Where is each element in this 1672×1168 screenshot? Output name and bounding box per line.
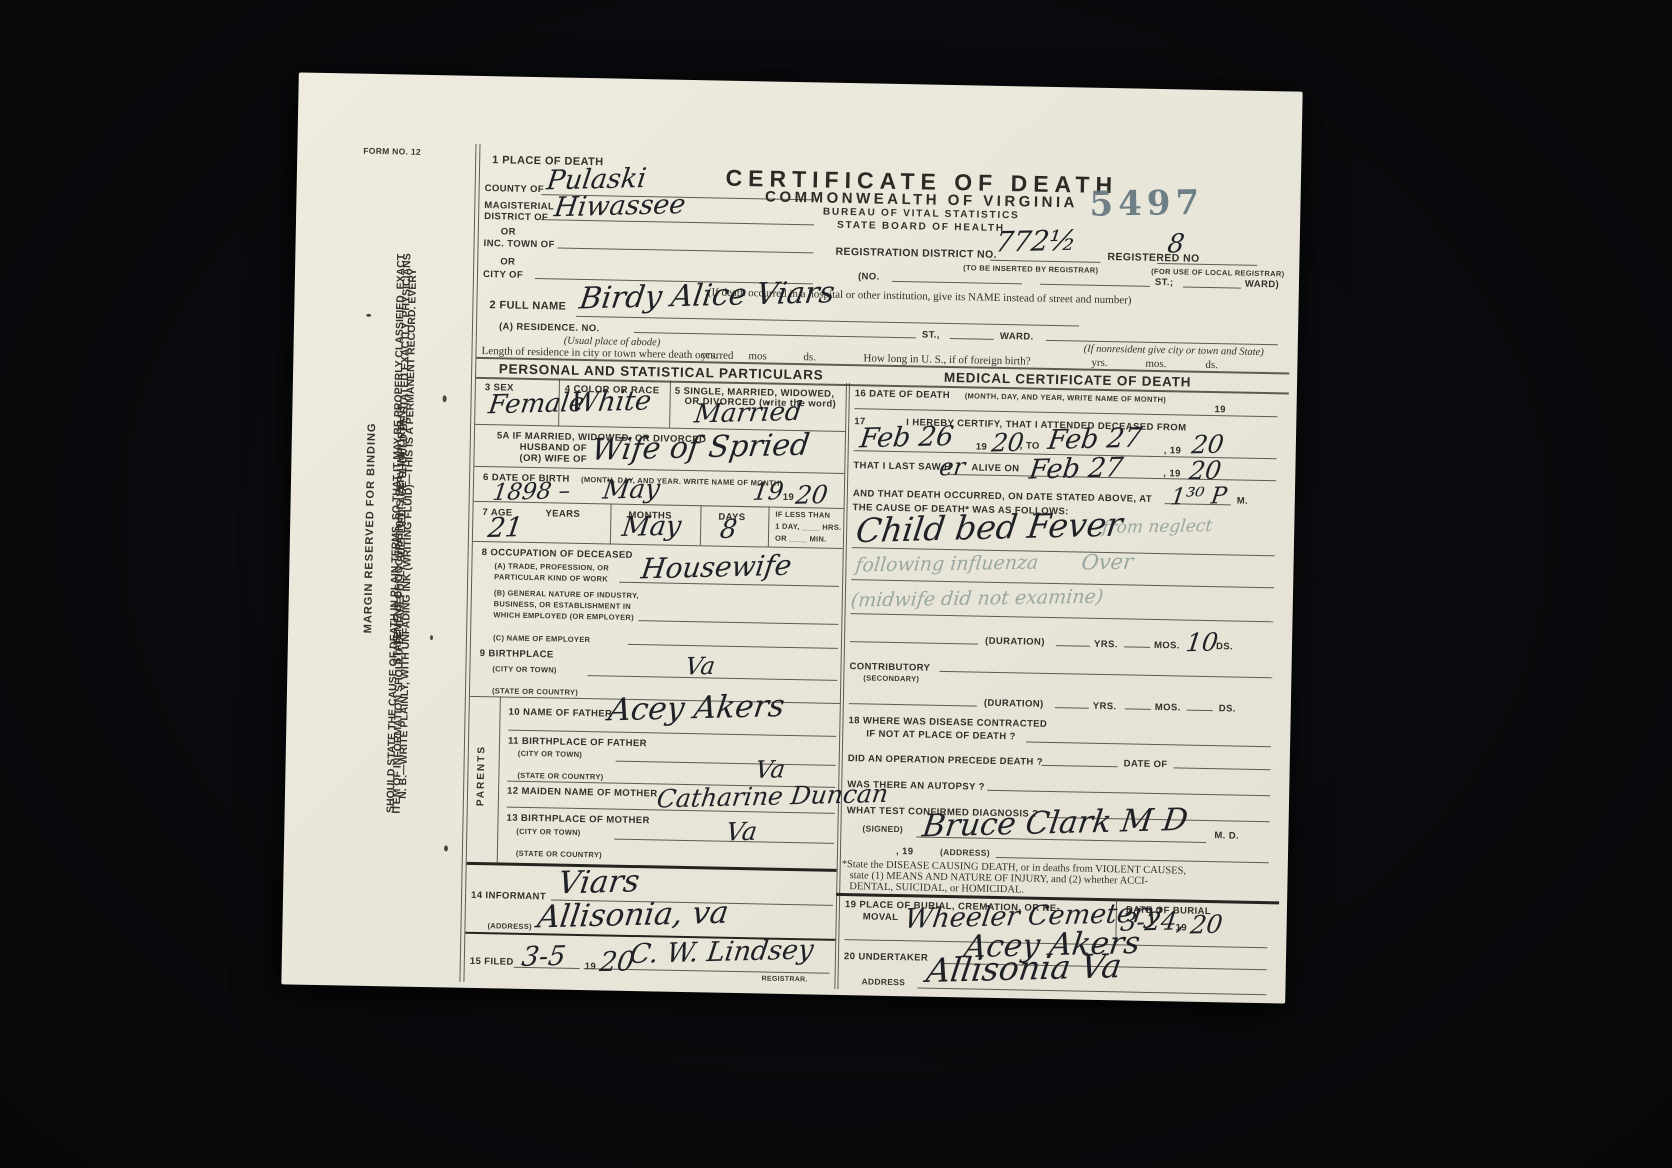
duration-ds-label: DS. bbox=[1216, 641, 1233, 652]
inc-town-label: INC. TOWN OF bbox=[483, 238, 554, 250]
registration-district-label: REGISTRATION DISTRICT NO. bbox=[835, 246, 997, 261]
undertaker-address-value: Allisonia Va bbox=[924, 946, 1124, 990]
ds-unit: ds. bbox=[803, 351, 816, 363]
cell-divider bbox=[610, 504, 612, 544]
registrar-insert-note: (TO BE INSERTED BY REGISTRAR) bbox=[963, 263, 1098, 275]
heavy-rule bbox=[467, 862, 837, 872]
disease-contracted-label-2: IF NOT AT PLACE OF DEATH ? bbox=[866, 728, 1016, 742]
frame-rule bbox=[459, 144, 476, 982]
or-label: OR bbox=[501, 226, 516, 237]
attended-from-date: Feb 26 bbox=[858, 421, 956, 454]
wife-of-label: (OR) WIFE OF bbox=[519, 453, 587, 465]
if-less-label-2: 1 DAY, ____ HRS. bbox=[775, 522, 841, 532]
full-name-value: Birdy Alice Viars bbox=[577, 275, 837, 316]
duration-yrs-label: YRS. bbox=[1094, 639, 1118, 650]
dob-year-written: 20 bbox=[794, 480, 830, 510]
blank-line bbox=[1040, 284, 1150, 287]
dob-day-value: 19 bbox=[751, 477, 785, 506]
blank-line bbox=[1055, 707, 1089, 709]
burial-label-2: MOVAL bbox=[863, 911, 899, 923]
attended-to-date: Feb 27 bbox=[1046, 423, 1144, 456]
occupation-b-label-2: BUSINESS, OR ESTABLISHMENT IN bbox=[494, 599, 631, 611]
filed-date-value: 3-5 bbox=[520, 941, 568, 973]
nonresident-note: (If nonresident give city or town and St… bbox=[1084, 344, 1264, 358]
duration2-mos-label: MOS. bbox=[1155, 702, 1181, 713]
street-label: ST.; bbox=[1155, 277, 1174, 288]
spouse-value: Wife of Spried bbox=[589, 428, 811, 468]
mother-maiden-value: Catharine Duncan bbox=[655, 779, 890, 814]
pencil-influenza-note: following influenza bbox=[854, 552, 1039, 577]
age-days-value: 8 bbox=[718, 515, 739, 546]
dob-month-value: May bbox=[601, 474, 662, 505]
occupation-b-label-3: WHICH EMPLOYED (OR EMPLOYER) bbox=[493, 610, 634, 622]
duration2-label: (DURATION) bbox=[984, 698, 1044, 710]
birthplace-state-label: (STATE OR COUNTRY) bbox=[492, 686, 578, 697]
blank-line bbox=[950, 338, 994, 340]
pencil-midwife-note: (midwife did not examine) bbox=[850, 586, 1105, 612]
blank-line bbox=[987, 790, 1270, 796]
father-birthplace-label: 11 BIRTHPLACE OF FATHER bbox=[508, 736, 647, 750]
informant-address-label: (ADDRESS) bbox=[487, 921, 532, 931]
undertaker-label: 20 UNDERTAKER bbox=[844, 951, 928, 964]
filed-label: 15 FILED bbox=[470, 956, 514, 968]
blank-line bbox=[558, 247, 814, 253]
cause-of-death-value: Child bed Fever bbox=[854, 504, 1125, 550]
dod-year-prefix: 19 bbox=[1214, 404, 1226, 415]
mother-birthplace-value: Va bbox=[724, 817, 759, 847]
birthplace-city-label: (CITY OR TOWN) bbox=[492, 664, 557, 674]
blank-line bbox=[850, 641, 978, 644]
marital-value: Married bbox=[692, 397, 803, 430]
paper-speck bbox=[366, 314, 371, 317]
blank-line bbox=[1026, 742, 1271, 748]
paper-speck bbox=[443, 395, 447, 402]
mother-maiden-label: 12 MAIDEN NAME OF MOTHER bbox=[507, 786, 658, 800]
scan-background: FORM NO. 12 MARGIN RESERVED FOR BINDING … bbox=[0, 0, 1672, 1168]
blank-line bbox=[1157, 263, 1257, 266]
birthplace-label: 9 BIRTHPLACE bbox=[480, 648, 554, 660]
county-label: COUNTY OF bbox=[485, 183, 545, 195]
cell-divider bbox=[669, 381, 671, 428]
to-year-prefix: , 19 bbox=[1164, 445, 1182, 456]
dob-year-value: 1898 – bbox=[491, 478, 572, 506]
mos-unit: mos. bbox=[1145, 358, 1166, 370]
date-of-death-paren: (MONTH, DAY, AND YEAR, WRITE NAME OF MON… bbox=[965, 391, 1167, 404]
magisterial-district-value: Hiwassee bbox=[552, 189, 687, 223]
or-label: OR bbox=[500, 256, 515, 267]
occupation-b-label-1: (B) GENERAL NATURE OF INDUSTRY, bbox=[494, 588, 639, 600]
certificate-number-stamp: 5497 bbox=[1089, 183, 1204, 225]
parents-group-label: PARENTS bbox=[475, 725, 488, 825]
mos-unit: mos bbox=[748, 350, 767, 362]
cell-divider bbox=[700, 505, 702, 545]
ward-label: WARD) bbox=[1245, 279, 1279, 291]
yrs-unit: yrs. bbox=[1091, 357, 1107, 369]
ds-unit: ds. bbox=[1205, 359, 1218, 371]
duration-mos-label: MOS. bbox=[1154, 640, 1180, 651]
duration2-yrs-label: YRS. bbox=[1093, 701, 1117, 712]
street-no-label: (NO. bbox=[858, 271, 880, 282]
signature-address-label: (ADDRESS) bbox=[940, 847, 990, 858]
date-of-death-label: 16 DATE OF DEATH bbox=[855, 388, 950, 401]
blank-line bbox=[1124, 646, 1150, 647]
death-certificate-document: FORM NO. 12 MARGIN RESERVED FOR BINDING … bbox=[281, 72, 1302, 1003]
dob-year-prefix: 19 bbox=[783, 492, 795, 503]
occupation-label: 8 OCCUPATION OF DECEASED bbox=[482, 547, 633, 561]
blank-line bbox=[616, 761, 836, 766]
yrs-unit: yrs. bbox=[701, 349, 717, 361]
duration2-ds-label: DS. bbox=[1219, 703, 1236, 714]
informant-value: Viars bbox=[556, 863, 642, 901]
blank-line bbox=[1042, 765, 1118, 767]
occupation-value: Housewife bbox=[639, 549, 793, 586]
if-less-label-3: OR ____ MIN. bbox=[775, 534, 827, 544]
blank-line bbox=[851, 613, 1274, 622]
contributory-label: CONTRIBUTORY bbox=[849, 661, 930, 674]
occupation-a-label-1: (A) TRADE, PROFESSION, OR bbox=[494, 561, 609, 572]
father-name-value: Acey Akers bbox=[606, 688, 786, 728]
residence-ward-label: WARD. bbox=[1000, 331, 1034, 343]
city-of-label: CITY OF bbox=[483, 269, 523, 281]
registrar-signature: C. W. Lindsey bbox=[628, 934, 815, 970]
blank-line bbox=[576, 316, 1079, 327]
father-birthplace-value: Va bbox=[754, 755, 787, 784]
race-value: White bbox=[569, 385, 654, 418]
paper-speck bbox=[444, 845, 448, 851]
blank-line bbox=[990, 260, 1100, 263]
attended-from-year: 20 bbox=[990, 428, 1026, 458]
blank-line bbox=[628, 644, 838, 649]
physician-signature: Bruce Clark M D bbox=[920, 802, 1190, 845]
cell-divider bbox=[768, 507, 770, 547]
paper-speck bbox=[430, 635, 433, 640]
blank-line bbox=[1174, 767, 1271, 770]
magisterial-label-2: DISTRICT OF bbox=[484, 211, 548, 223]
mother-birthplace-label: 13 BIRTHPLACE OF MOTHER bbox=[506, 813, 649, 827]
birthplace-value: Va bbox=[684, 652, 717, 681]
margin-binding-note: MARGIN RESERVED FOR BINDING bbox=[361, 378, 379, 678]
duration-mos-value: 10 bbox=[1184, 627, 1220, 657]
from-year-prefix: 19 bbox=[976, 442, 988, 453]
last-saw-label-1: THAT I LAST SAW H bbox=[853, 460, 951, 473]
registration-district-value: 772½ bbox=[994, 224, 1079, 259]
last-saw-er-value: er bbox=[938, 453, 967, 482]
blank-line bbox=[892, 281, 1022, 284]
blank-line bbox=[939, 671, 1272, 678]
if-less-label-1: IF LESS THAN bbox=[775, 510, 830, 520]
full-name-label: 2 FULL NAME bbox=[489, 299, 566, 312]
blank-line bbox=[1183, 286, 1241, 288]
parents-bracket-rule bbox=[497, 696, 501, 862]
last-saw-label-2: ALIVE ON bbox=[971, 462, 1019, 474]
blank-line bbox=[638, 620, 838, 625]
blank-line bbox=[634, 332, 916, 338]
pencil-over-note: Over bbox=[1080, 550, 1134, 575]
father-bp-city-label: (CITY OR TOWN) bbox=[518, 749, 583, 759]
occupation-a-label-2: PARTICULAR KIND OF WORK bbox=[494, 572, 608, 583]
residence-st-label: ST., bbox=[922, 329, 940, 340]
informant-label: 14 INFORMANT bbox=[471, 890, 546, 902]
signed-label: (SIGNED) bbox=[862, 823, 903, 834]
blank-line bbox=[1125, 708, 1151, 709]
frame-rule bbox=[463, 144, 480, 982]
operation-label: DID AN OPERATION PRECEDE DEATH ? bbox=[848, 753, 1043, 768]
operation-date-of-label: DATE OF bbox=[1124, 758, 1168, 770]
occupation-c-label: (C) NAME OF EMPLOYER bbox=[493, 633, 590, 644]
registrar-label: REGISTRAR. bbox=[761, 975, 807, 983]
secondary-label: (SECONDARY) bbox=[863, 673, 919, 683]
burial-year-written: 20 bbox=[1189, 910, 1225, 940]
informant-address-value: Allisonia, va bbox=[535, 895, 731, 936]
death-time-value: 1³⁰ P bbox=[1169, 483, 1228, 510]
signature-year-label: , 19 bbox=[896, 846, 914, 857]
md-label: M. D. bbox=[1214, 830, 1239, 841]
age-years-label: YEARS bbox=[545, 508, 580, 520]
undertaker-address-label: ADDRESS bbox=[861, 976, 905, 987]
mother-bp-state-label: (STATE OR COUNTRY) bbox=[516, 849, 602, 860]
last-saw-date: Feb 27 bbox=[1027, 452, 1125, 485]
blank-line bbox=[1056, 645, 1090, 647]
age-years-value: 21 bbox=[486, 512, 525, 544]
father-bp-state-label: (STATE OR COUNTRY) bbox=[517, 771, 603, 782]
last-saw-year: 20 bbox=[1187, 455, 1223, 485]
filed-year-prefix: 19 bbox=[585, 961, 597, 972]
residence-label: (A) RESIDENCE. NO. bbox=[499, 321, 600, 334]
age-months-value: May bbox=[620, 511, 683, 544]
father-name-label: 10 NAME OF FATHER bbox=[509, 707, 613, 720]
meridiem-label: M. bbox=[1237, 496, 1249, 507]
mother-bp-city-label: (CITY OR TOWN) bbox=[516, 827, 581, 837]
blank-line bbox=[849, 703, 977, 706]
duration-label: (DURATION) bbox=[985, 636, 1045, 648]
blank-line bbox=[1187, 710, 1213, 711]
